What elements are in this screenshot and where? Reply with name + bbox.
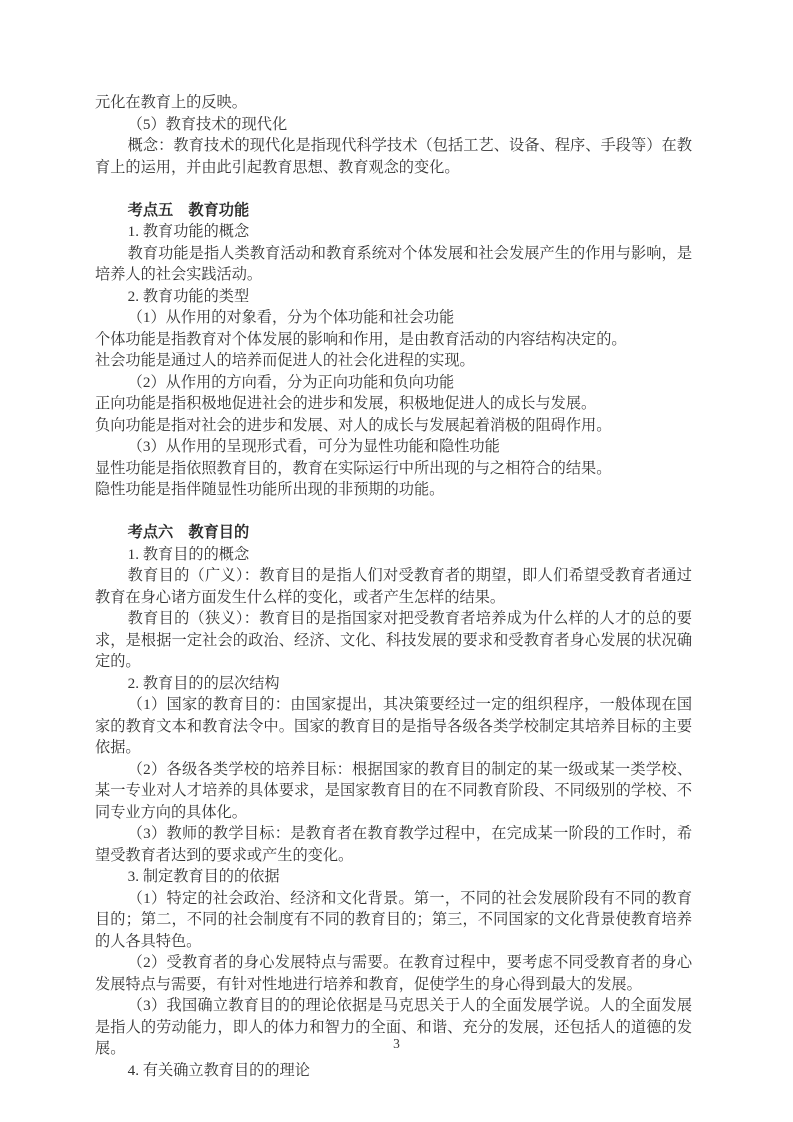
paragraph: （5）教育技术的现代化 [95, 114, 692, 136]
paragraph: 教育目的（狭义）：教育目的是指国家对把受教育者培养成为什么样的人才的总的要求，是… [95, 608, 692, 673]
page-number: 3 [0, 1036, 793, 1052]
paragraph: 负向功能是指对社会的进步和发展、对人的成长与发展起着消极的阻碍作用。 [95, 415, 692, 437]
paragraph: 1. 教育目的的概念 [95, 544, 692, 566]
paragraph: 个体功能是指教育对个体发展的影响和作用，是由教育活动的内容结构决定的。 [95, 329, 692, 351]
document-content: 元化在教育上的反映。 （5）教育技术的现代化 概念：教育技术的现代化是指现代科学… [95, 92, 692, 1081]
paragraph: 3. 制定教育目的的依据 [95, 866, 692, 888]
section-heading: 考点五 教育功能 [95, 200, 692, 222]
paragraph: （1）特定的社会政治、经济和文化背景。第一，不同的社会发展阶段有不同的教育目的；… [95, 888, 692, 953]
paragraph: 隐性功能是指伴随显性功能所出现的非预期的功能。 [95, 479, 692, 501]
paragraph: （2）从作用的方向看，分为正向功能和负向功能 [95, 372, 692, 394]
paragraph: （1）国家的教育目的：由国家提出，其决策要经过一定的组织程序，一般体现在国家的教… [95, 694, 692, 759]
paragraph: 4. 有关确立教育目的的理论 [95, 1060, 692, 1082]
section-education-functions: 考点五 教育功能 1. 教育功能的概念 教育功能是指人类教育活动和教育系统对个体… [95, 200, 692, 501]
paragraph: 元化在教育上的反映。 [95, 92, 692, 114]
paragraph: 概念：教育技术的现代化是指现代科学技术（包括工艺、设备、程序、手段等）在教育上的… [95, 135, 692, 178]
section-education-aims: 考点六 教育目的 1. 教育目的的概念 教育目的（广义）：教育目的是指人们对受教… [95, 522, 692, 1081]
paragraph: （3）从作用的呈现形式看，可分为显性功能和隐性功能 [95, 436, 692, 458]
document-page: 元化在教育上的反映。 （5）教育技术的现代化 概念：教育技术的现代化是指现代科学… [0, 0, 793, 1122]
paragraph: 教育目的（广义）：教育目的是指人们对受教育者的期望，即人们希望受教育者通过教育在… [95, 565, 692, 608]
paragraph: 2. 教育目的的层次结构 [95, 673, 692, 695]
paragraph: 教育功能是指人类教育活动和教育系统对个体发展和社会发展产生的作用与影响，是培养人… [95, 243, 692, 286]
paragraph: 显性功能是指依照教育目的，教育在实际运行中所出现的与之相符合的结果。 [95, 458, 692, 480]
paragraph: 正向功能是指积极地促进社会的进步和发展，积极地促进人的成长与发展。 [95, 393, 692, 415]
paragraph: 社会功能是通过人的培养而促进人的社会化进程的实现。 [95, 350, 692, 372]
paragraph: （2）各级各类学校的培养目标：根据国家的教育目的制定的某一级或某一类学校、某一专… [95, 759, 692, 824]
paragraph: （3）教师的教学目标：是教育者在教育教学过程中，在完成某一阶段的工作时，希望受教… [95, 823, 692, 866]
paragraph: 1. 教育功能的概念 [95, 221, 692, 243]
section-heading: 考点六 教育目的 [95, 522, 692, 544]
paragraph: （2）受教育者的身心发展特点与需要。在教育过程中，要考虑不同受教育者的身心发展特… [95, 952, 692, 995]
paragraph: 2. 教育功能的类型 [95, 286, 692, 308]
paragraph: （1）从作用的对象看，分为个体功能和社会功能 [95, 307, 692, 329]
